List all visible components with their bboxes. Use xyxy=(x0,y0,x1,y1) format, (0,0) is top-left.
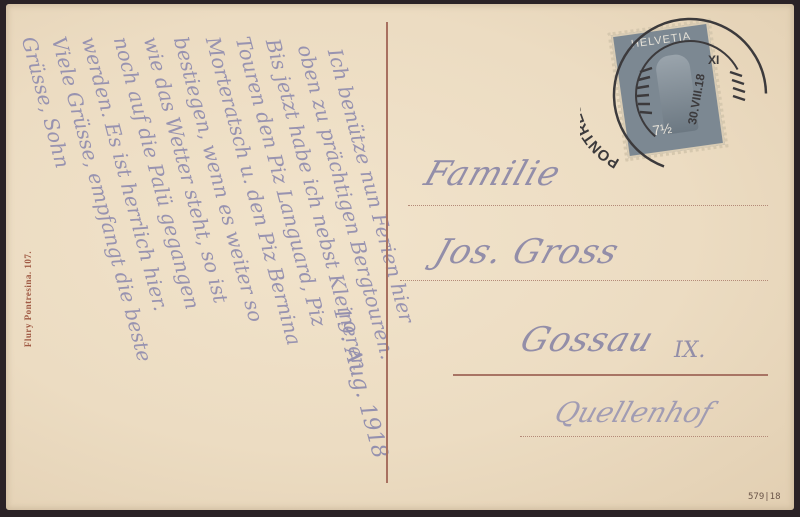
postcard: Ich benütze nun Ferien hier oben zu präc… xyxy=(6,4,794,510)
address-line-3: Gossau xyxy=(516,320,660,360)
message-area: Ich benütze nun Ferien hier oben zu präc… xyxy=(16,34,386,504)
publisher-imprint: Flury Pontresina. 107. xyxy=(23,251,33,347)
address-rule-4 xyxy=(520,436,768,437)
address-line-4: Quellenhof xyxy=(551,396,717,429)
address-rule-2 xyxy=(400,280,768,281)
postmark-date: 30.VIII.18 xyxy=(685,72,708,125)
postmark-town: PONTRESINA xyxy=(580,75,622,171)
svg-text:PONTRESINA: PONTRESINA xyxy=(580,75,622,171)
postmark-icon: PONTRESINA 30.VIII.18 XI xyxy=(580,10,770,180)
address-line-2: Jos. Gross xyxy=(430,232,625,272)
address-rule-3 xyxy=(453,374,768,376)
divider-line xyxy=(386,22,388,483)
address-line-3-suffix: IX. xyxy=(674,338,705,363)
address-line-1: Familie xyxy=(420,154,567,194)
postmark-time: XI xyxy=(708,53,719,67)
print-code: 579|18 xyxy=(748,492,781,502)
address-rule-1 xyxy=(408,205,768,206)
